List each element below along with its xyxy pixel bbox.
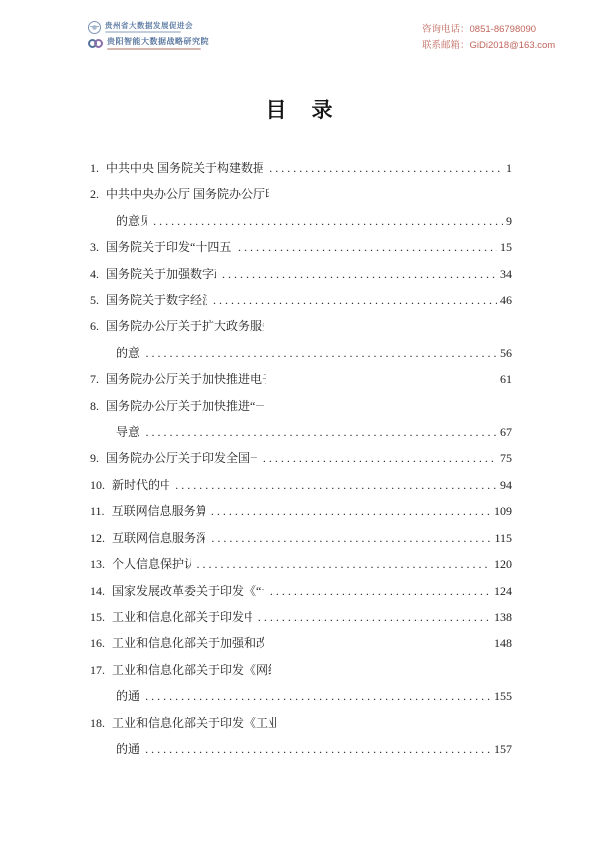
toc-line: 17. 工业和信息化部关于印发《网络产品安全漏洞收集平台备案管理办法》 ....… — [90, 657, 512, 683]
toc-entry-number: 17. — [90, 657, 105, 683]
toc-entry-text: 的通知 — [116, 736, 139, 762]
toc-entry-number: 18. — [90, 710, 105, 736]
toc-entry-text: 国务院办公厅关于加快推进“一件事一次办”打造政务服务升级版的指 — [106, 393, 264, 419]
toc-dot-leader: ........................................… — [263, 445, 497, 471]
toc-entry-text: 的通知 — [116, 683, 139, 709]
toc-entry-text: 国务院关于印发“十四五”数字经济发展规划的通知 — [106, 234, 232, 260]
toc-line: 14. 国家发展改革委关于印发《“十四五”推进国家政务信息化规划》的通知 ...… — [90, 578, 512, 604]
toc-list: 1. 中共中央 国务院关于构建数据基础制度更好发挥数据要素作用的意见 .....… — [90, 155, 512, 762]
toc-entry-number: 6. — [90, 313, 99, 339]
toc-page-number: 9 — [506, 208, 512, 234]
toc-entry-number: 2. — [90, 181, 99, 207]
toc-line: 3. 国务院关于印发“十四五”数字经济发展规划的通知 .............… — [90, 234, 512, 260]
toc-dot-leader: ........................................… — [258, 604, 491, 630]
toc-dot-leader: ........................................… — [211, 498, 491, 524]
phone-value: 0851-86798090 — [470, 24, 537, 35]
toc-entry-number: 10. — [90, 472, 105, 498]
institute-subtitle-line — [107, 48, 201, 50]
toc-dot-leader: ........................................… — [145, 683, 491, 709]
toc-entry-number: 13. — [90, 551, 105, 577]
toc-entry-text: 中共中央 国务院关于构建数据基础制度更好发挥数据要素作用的意见 — [106, 155, 263, 181]
toc-entry-text: 工业和信息化部关于印发《工业和信息化领域数据安全管理办法（试行）》 — [112, 710, 276, 736]
toc-dot-leader: ........................................… — [153, 208, 503, 234]
email-label: 联系邮箱： — [422, 40, 470, 51]
toc-dot-leader: ........................................… — [197, 551, 491, 577]
toc-line: 13. 个人信息保护认证实施规则 .......................… — [90, 551, 512, 577]
toc-entry-text: 工业和信息化部关于印发《网络产品安全漏洞收集平台备案管理办法》 — [112, 657, 271, 683]
toc-entry-text: 国务院办公厅关于扩大政务服务“跨省通办”范围进一步提升服务效能 — [106, 313, 264, 339]
toc-entry-text: 互联网信息服务算法推荐管理规定 — [112, 498, 205, 524]
logo-association: 贵州省大数据发展促进会 — [88, 21, 209, 34]
toc-page-number: 34 — [500, 261, 512, 287]
toc-page-number: 1 — [506, 155, 512, 181]
toc-line: 导意见 ....................................… — [90, 419, 512, 445]
email-value: GiDi2018@163.com — [470, 40, 556, 51]
toc-entry-text: 新时代的中国北斗 — [112, 472, 169, 498]
toc-page-number: 124 — [494, 578, 512, 604]
toc-entry-text: 的意见 — [116, 340, 139, 366]
toc-entry-number: 14. — [90, 578, 105, 604]
toc-entry-text: 互联网信息服务深度合成管理规定 — [112, 525, 205, 551]
toc-page-number: 56 — [500, 340, 512, 366]
toc-line: 6. 国务院办公厅关于扩大政务服务“跨省通办”范围进一步提升服务效能 .....… — [90, 313, 512, 339]
header-logos: 贵州省大数据发展促进会 贵阳智能大数据战略研究院 — [88, 21, 209, 50]
toc-line: 15. 工业和信息化部关于印发中国软件名城（园）管理办法的通知 ........… — [90, 604, 512, 630]
toc-entry-number: 7. — [90, 366, 99, 392]
toc-line: 7. 国务院办公厅关于加快推进电子证照扩大应用领域和全国互通互认的意见 ....… — [90, 366, 512, 392]
toc-page-number: 138 — [494, 604, 512, 630]
toc-line: 的意见》 ...................................… — [90, 208, 512, 234]
toc-line: 11. 互联网信息服务算法推荐管理规定 ....................… — [90, 498, 512, 524]
toc-entry-text: 国务院关于加强数字政府建设的指导意见 — [106, 261, 216, 287]
toc-page-number: 109 — [494, 498, 512, 524]
toc-line: 2. 中共中央办公厅 国务院办公厅印发《关于推进实施国家文化数字化战略 ....… — [90, 181, 512, 207]
toc-line: 5. 国务院关于数字经济发展情况的报告 ....................… — [90, 287, 512, 313]
toc-dot-leader: ........................................… — [270, 578, 491, 604]
toc-page-number: 120 — [494, 551, 512, 577]
logo-institute: 贵阳智能大数据战略研究院 — [88, 37, 209, 50]
toc-page-number: 15 — [500, 234, 512, 260]
toc-page-number: 61 — [500, 366, 512, 392]
document-page: 贵州省大数据发展促进会 贵阳智能大数据战略研究院 咨询电话：0851-86798… — [0, 0, 600, 848]
contact-email-row: 联系邮箱：GiDi2018@163.com — [422, 38, 555, 54]
toc-dot-leader: ........................................… — [145, 419, 497, 445]
institute-logo-icon — [88, 38, 103, 49]
toc-entry-text: 国务院办公厅关于加快推进电子证照扩大应用领域和全国互通互认的意见 — [106, 366, 266, 392]
association-name: 贵州省大数据发展促进会 — [105, 22, 193, 30]
toc-line: 10. 新时代的中国北斗 ...........................… — [90, 472, 512, 498]
toc-entry-text: 个人信息保护认证实施规则 — [112, 551, 191, 577]
toc-page-number: 157 — [494, 736, 512, 762]
header-contact: 咨询电话：0851-86798090 联系邮箱：GiDi2018@163.com — [422, 22, 555, 54]
toc-entry-number: 15. — [90, 604, 105, 630]
toc-line: 12. 互联网信息服务深度合成管理规定 ....................… — [90, 525, 512, 551]
toc-entry-number: 9. — [90, 445, 99, 471]
toc-entry-text: 工业和信息化部关于加强和改进工业和信息化人才队伍建设的实施意见 — [112, 630, 264, 656]
toc-dot-leader: ........................................… — [222, 261, 497, 287]
toc-line: 4. 国务院关于加强数字政府建设的指导意见 ..................… — [90, 261, 512, 287]
toc-entry-text: 导意见 — [116, 419, 139, 445]
toc-entry-text: 中共中央办公厅 国务院办公厅印发《关于推进实施国家文化数字化战略 — [106, 181, 269, 207]
toc-page-number: 148 — [494, 630, 512, 656]
toc-page-number: 46 — [500, 287, 512, 313]
toc-dot-leader: ........................................… — [175, 472, 497, 498]
association-emblem-icon — [88, 21, 101, 34]
toc-line: 16. 工业和信息化部关于加强和改进工业和信息化人才队伍建设的实施意见 ....… — [90, 630, 512, 656]
toc-page-number: 94 — [500, 472, 512, 498]
toc-entry-number: 11. — [90, 498, 105, 524]
toc-page-number: 75 — [500, 445, 512, 471]
toc-entry-text: 国家发展改革委关于印发《“十四五”推进国家政务信息化规划》的通知 — [112, 578, 264, 604]
toc-entry-text: 工业和信息化部关于印发中国软件名城（园）管理办法的通知 — [112, 604, 252, 630]
toc-dot-leader: ........................................… — [238, 234, 497, 260]
toc-line: 的通知 ....................................… — [90, 683, 512, 709]
toc-line: 9. 国务院办公厅关于印发全国一体化政务大数据体系建设指南的通知 .......… — [90, 445, 512, 471]
toc-dot-leader: ........................................… — [145, 340, 497, 366]
toc-line: 1. 中共中央 国务院关于构建数据基础制度更好发挥数据要素作用的意见 .....… — [90, 155, 512, 181]
toc-dot-leader: ........................................… — [145, 736, 491, 762]
toc-entry-number: 5. — [90, 287, 99, 313]
toc-entry-number: 4. — [90, 261, 99, 287]
toc-line: 18. 工业和信息化部关于印发《工业和信息化领域数据安全管理办法（试行）》 ..… — [90, 710, 512, 736]
toc-line: 的通知 ....................................… — [90, 736, 512, 762]
toc-entry-number: 8. — [90, 393, 99, 419]
institute-name: 贵阳智能大数据战略研究院 — [107, 37, 209, 46]
toc-entry-text: 的意见》 — [116, 208, 147, 234]
toc-entry-number: 1. — [90, 155, 99, 181]
toc-line: 的意见 ....................................… — [90, 340, 512, 366]
toc-entry-text: 国务院办公厅关于印发全国一体化政务大数据体系建设指南的通知 — [106, 445, 257, 471]
toc-line: 8. 国务院办公厅关于加快推进“一件事一次办”打造政务服务升级版的指 .....… — [90, 393, 512, 419]
toc-entry-number: 16. — [90, 630, 105, 656]
page-title: 目 录 — [0, 94, 600, 124]
toc-page-number: 67 — [500, 419, 512, 445]
toc-dot-leader: ........................................… — [213, 287, 497, 313]
toc-page-number: 115 — [494, 525, 512, 551]
toc-entry-number: 3. — [90, 234, 99, 260]
phone-label: 咨询电话： — [422, 24, 470, 35]
toc-entry-number: 12. — [90, 525, 105, 551]
toc-entry-text: 国务院关于数字经济发展情况的报告 — [106, 287, 207, 313]
toc-dot-leader: ........................................… — [269, 155, 503, 181]
toc-dot-leader: ........................................… — [211, 525, 491, 551]
association-subtitle-line — [105, 31, 181, 33]
contact-phone-row: 咨询电话：0851-86798090 — [422, 22, 555, 38]
toc-page-number: 155 — [494, 683, 512, 709]
